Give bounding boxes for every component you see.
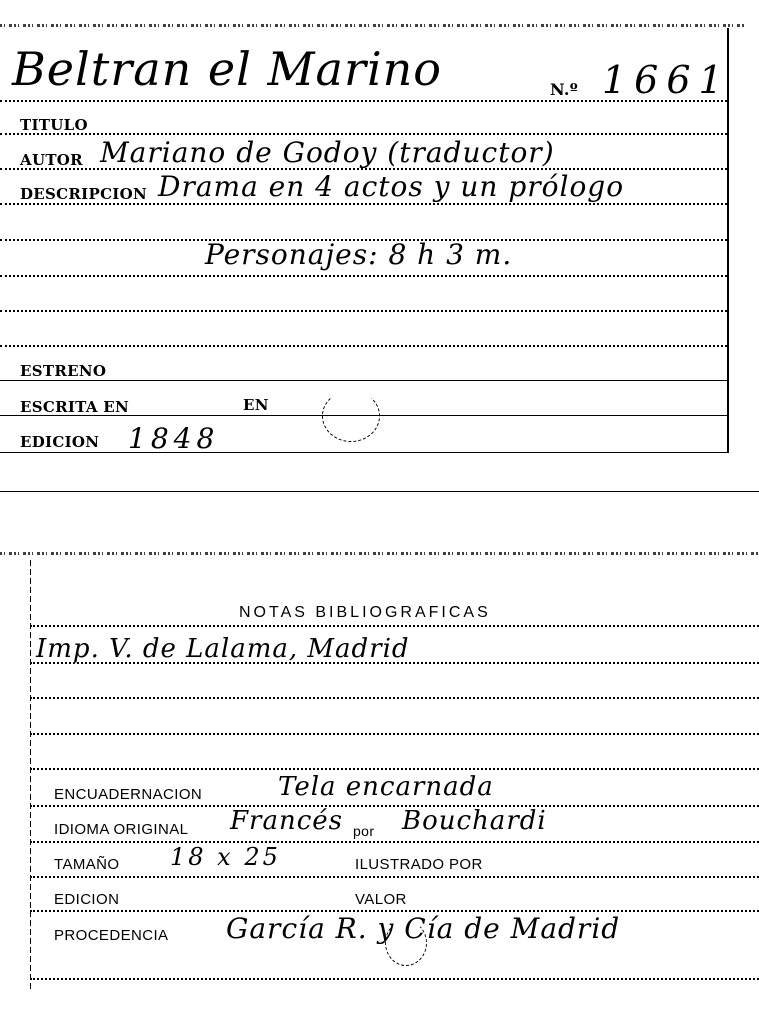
number-value: 1661: [602, 58, 731, 102]
personajes-value: Personajes: 8 h 3 m.: [205, 238, 512, 271]
rule: [30, 662, 759, 664]
idioma-original-value: Francés: [230, 806, 343, 836]
encuadernacion-value: Tela encarnada: [278, 772, 494, 802]
edicion2-label: EDICION: [54, 891, 119, 908]
rule: [0, 310, 727, 312]
titulo-label: TITULO: [20, 116, 88, 134]
edicion-value: 1848: [128, 422, 219, 455]
por-value: Bouchardi: [402, 806, 547, 836]
ilustrado-por-label: ILUSTRADO POR: [355, 856, 483, 873]
descripcion-label: DESCRIPCION: [20, 185, 147, 203]
card-edge-top: [0, 24, 745, 27]
en-label: EN: [243, 396, 269, 414]
card-edge-bottom: [0, 491, 759, 492]
card-edge-top: [0, 552, 759, 555]
rule: [30, 978, 759, 980]
notes-line-1: Imp. V. de Lalama, Madrid: [36, 634, 410, 664]
tamano-label: TAMAÑO: [54, 856, 119, 873]
encuadernacion-label: ENCUADERNACION: [54, 786, 202, 803]
rule: [0, 345, 727, 347]
valor-label: VALOR: [355, 891, 407, 908]
por-label: por: [353, 823, 374, 839]
rule: [30, 768, 759, 770]
rule: [30, 876, 759, 878]
rule: [30, 733, 759, 735]
rule: [0, 380, 727, 381]
descripcion-value: Drama en 4 actos y un prólogo: [158, 170, 624, 203]
escrita-en-label: ESCRITA EN: [20, 398, 129, 416]
notas-heading: NOTAS BIBLIOGRAFICAS: [239, 604, 491, 622]
faded-stamp-mark: [385, 920, 427, 966]
estreno-label: ESTRENO: [20, 362, 106, 380]
rule: [30, 697, 759, 699]
rule: [0, 100, 727, 102]
number-label: N.º: [550, 80, 578, 99]
edicion-label: EDICION: [20, 433, 99, 451]
procedencia-label: PROCEDENCIA: [54, 927, 168, 944]
idioma-original-label: IDIOMA ORIGINAL: [54, 821, 188, 838]
rule: [30, 625, 759, 627]
rule: [0, 133, 727, 135]
rule: [30, 805, 759, 807]
rule: [0, 203, 727, 205]
autor-value: Mariano de Godoy (traductor): [100, 136, 555, 169]
title-handwritten: Beltran el Marino: [12, 42, 442, 96]
tamano-value: 18 x 25: [170, 843, 281, 871]
rule: [30, 841, 759, 843]
faded-stamp-mark: [322, 390, 380, 442]
autor-label: AUTOR: [20, 151, 83, 169]
rule: [0, 275, 727, 277]
rule: [0, 452, 727, 453]
